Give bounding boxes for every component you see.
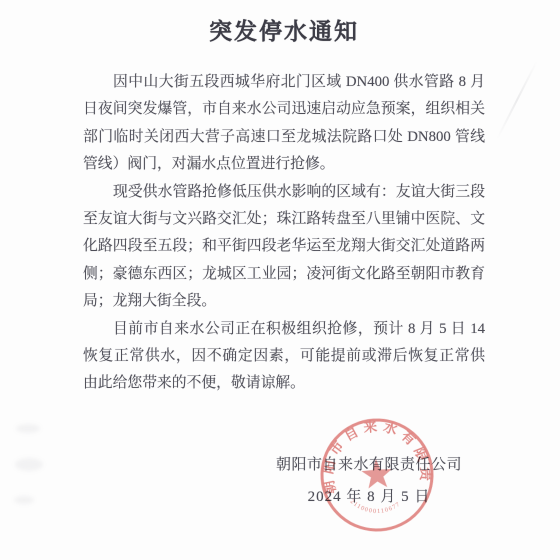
paragraph-2-line: 现受供水管路抢修低压供水影响的区域有：友谊大街三段 bbox=[83, 179, 485, 206]
seal-serial-text: 2110000110677 bbox=[348, 495, 402, 517]
paragraph-3-line: 恢复正常供水，因不确定因素，可能提前或滞后恢复正常供水， bbox=[83, 343, 485, 370]
paragraph-1-line: 部门临时关闭西大营子高速口至龙城法院路口处 DN800 管线（主 bbox=[83, 124, 485, 151]
paragraph-2-line: 局；龙翔大街全段。 bbox=[83, 288, 485, 315]
notice-document: 突发停水通知 因中山大街五段西城华府北门区域 DN400 供水管路 8 月 4 … bbox=[0, 0, 560, 560]
scan-smudge-artifact bbox=[14, 496, 34, 504]
paragraph-1-line: 日夜间突发爆管，市自来水公司迅速启动应急预案，组织相关 bbox=[83, 96, 485, 123]
scan-smudge-artifact bbox=[15, 458, 43, 471]
paragraph-3-line: 目前市自来水公司正在积极组织抢修，预计 8 月 5 日 14 时 bbox=[83, 316, 485, 343]
paragraph-1-line: 管线）阀门，对漏水点位置进行抢修。 bbox=[83, 151, 485, 178]
notice-title: 突发停水通知 bbox=[83, 13, 485, 46]
paragraph-3-line: 由此给您带来的不便，敬请谅解。 bbox=[83, 370, 485, 397]
seal-star-icon bbox=[361, 458, 393, 489]
paragraph-2-line: 至友谊大街与文兴路交汇处；珠江路转盘至八里铺中医院、文 bbox=[83, 206, 485, 233]
paragraph-2-line: 侧；豪德东西区；龙城区工业园；凌河街文化路至朝阳市教育 bbox=[83, 261, 485, 288]
notice-body: 因中山大街五段西城华府北门区域 DN400 供水管路 8 月 4 日夜间突发爆管… bbox=[83, 69, 485, 398]
company-seal-stamp: 朝阳市自来水有限责任公司 2110000110677 bbox=[313, 411, 441, 539]
scan-scratch-artifact bbox=[496, 60, 538, 139]
scan-smudge-artifact bbox=[16, 424, 40, 433]
paragraph-2-line: 化路四段至五段；和平街四段老华运至龙翔大街交汇处道路两 bbox=[83, 233, 485, 260]
paragraph-1-line: 因中山大街五段西城华府北门区域 DN400 供水管路 8 月 4 bbox=[83, 69, 485, 96]
